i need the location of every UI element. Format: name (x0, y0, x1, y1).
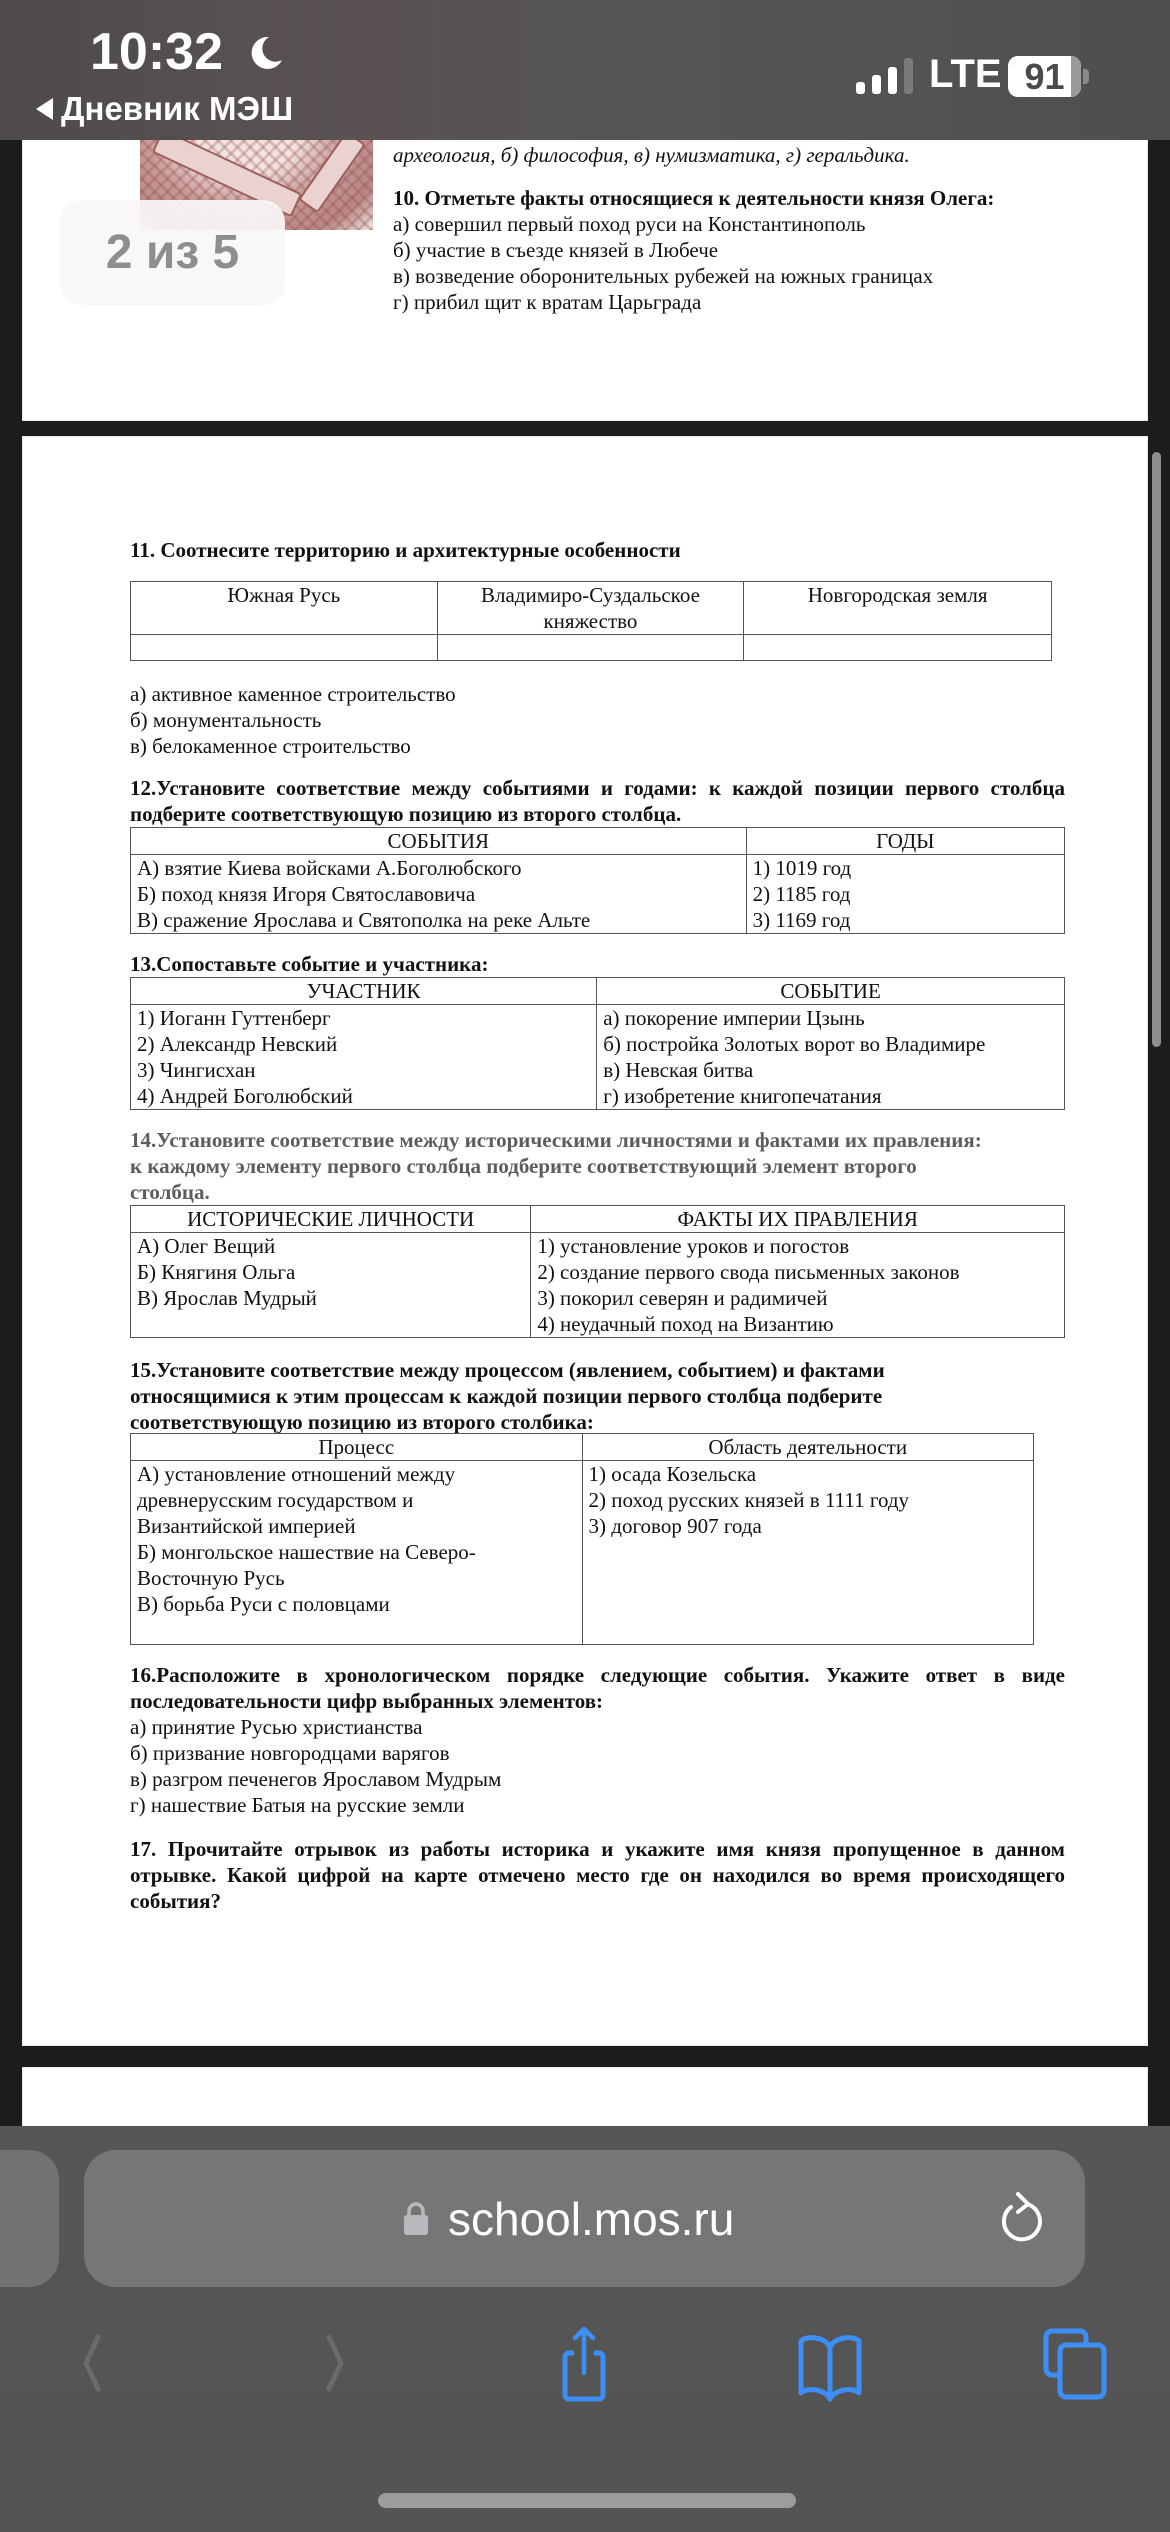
q14-header-persons: ИСТОРИЧЕСКИЕ ЛИЧНОСТИ (131, 1206, 531, 1233)
status-bar: 10:32 Дневник МЭШ LTE 91 (0, 0, 1170, 140)
q11-option: а) активное каменное строительство (130, 681, 456, 707)
back-to-app-link[interactable]: Дневник МЭШ (36, 90, 293, 128)
q11-answer-cell (437, 635, 744, 661)
battery-icon: 91 (1008, 56, 1081, 97)
q11-answer-cell (131, 635, 438, 661)
page-indicator-badge: 2 из 5 (60, 200, 285, 305)
q13-header-participant: УЧАСТНИК (131, 978, 597, 1005)
q15-title-line: 15.Установите соответствие между процесс… (130, 1357, 885, 1383)
q10-option: б) участие в съезде князей в Любече (393, 237, 718, 263)
q15-title-line: относящимися к этим процессам к каждой п… (130, 1383, 882, 1409)
q10-option: в) возведение оборонительных рубежей на … (393, 263, 933, 289)
home-indicator[interactable] (378, 2493, 796, 2508)
q12-header-events: СОБЫТИЯ (131, 828, 747, 855)
previous-tab-preview[interactable] (0, 2150, 59, 2287)
q15-table: Процесс Область деятельности А) установл… (130, 1433, 1034, 1645)
share-icon[interactable] (549, 2325, 619, 2405)
q13-table: УЧАСТНИК СОБЫТИЕ 1) Иоганн Гуттенберг2) … (130, 977, 1065, 1110)
moon-icon (247, 34, 285, 72)
network-type: LTE (929, 52, 1002, 97)
q16-title: 16.Расположите в хронологическом порядке… (130, 1662, 1065, 1714)
q15-header-process: Процесс (131, 1434, 583, 1461)
vertical-scrollbar[interactable] (1152, 452, 1161, 1047)
q14-table: ИСТОРИЧЕСКИЕ ЛИЧНОСТИ ФАКТЫ ИХ ПРАВЛЕНИЯ… (130, 1205, 1065, 1338)
q12-years-cell: 1) 1019 год2) 1185 год3) 1169 год (746, 855, 1064, 934)
q15-process-cell: А) установление отношений междудревнерус… (131, 1461, 583, 1645)
q13-events-cell: а) покорение империи Цзыньб) постройка З… (597, 1005, 1065, 1110)
q16-option: а) принятие Русью христианства (130, 1714, 422, 1740)
q14-header-facts: ФАКТЫ ИХ ПРАВЛЕНИЯ (531, 1206, 1065, 1233)
chevron-left-icon[interactable] (54, 2325, 124, 2405)
q14-facts-cell: 1) установление уроков и погостов2) созд… (531, 1233, 1065, 1338)
book-icon[interactable] (795, 2325, 865, 2405)
q12-table: СОБЫТИЯ ГОДЫ А) взятие Киева войсками А.… (130, 827, 1065, 934)
q14-title-line: столбца. (130, 1179, 210, 1205)
q9-options-fragment: археология, б) философия, в) нумизматика… (393, 142, 910, 168)
q11-title: 11. Соотнесите территорию и архитектурны… (130, 537, 681, 563)
q16-option: в) разгром печенегов Ярославом Мудрым (130, 1766, 501, 1792)
q11-header-cell: Южная Русь (131, 582, 438, 635)
q13-header-event: СОБЫТИЕ (597, 978, 1065, 1005)
tabs-icon[interactable] (1042, 2325, 1112, 2405)
q16-option: б) призвание новгородцами варягов (130, 1740, 450, 1766)
battery-tip (1083, 69, 1089, 84)
back-triangle-icon (36, 98, 53, 120)
q15-header-area: Область деятельности (582, 1434, 1033, 1461)
q10-option: г) прибил щит к вратам Царьграда (393, 289, 701, 315)
q14-title-line: к каждому элементу первого столбца подбе… (130, 1153, 917, 1179)
q11-option: в) белокаменное строительство (130, 733, 411, 759)
q13-participants-cell: 1) Иоганн Гуттенберг2) Александр Невский… (131, 1005, 597, 1110)
lock-icon (403, 2201, 429, 2235)
q11-header-cell: Владимиро-Суздальскоекняжество (437, 582, 744, 635)
q14-title-line: 14.Установите соответствие между историч… (130, 1127, 982, 1153)
chevron-right-icon[interactable] (303, 2325, 373, 2405)
q11-answer-cell (744, 635, 1052, 661)
q16-option: г) нашествие Батыя на русские земли (130, 1792, 465, 1818)
back-app-label: Дневник МЭШ (61, 90, 293, 128)
q12-title: 12.Установите соответствие между события… (130, 775, 1065, 827)
url-text[interactable]: school.mos.ru (448, 2192, 734, 2246)
cellular-signal-icon (856, 58, 914, 94)
q10-title: 10. Отметьте факты относящиеся к деятель… (393, 185, 994, 211)
q10-option: а) совершил первый поход руси на Констан… (393, 211, 865, 237)
q11-option: б) монументальность (130, 707, 321, 733)
q12-events-cell: А) взятие Киева войсками А.БоголюбскогоБ… (131, 855, 747, 934)
q11-table: Южная Русь Владимиро-Суздальскоекняжеств… (130, 581, 1052, 661)
q13-title: 13.Сопоставьте событие и участника: (130, 951, 488, 977)
reload-icon[interactable] (996, 2190, 1046, 2250)
q11-header-cell: Новгородская земля (744, 582, 1052, 635)
q12-header-years: ГОДЫ (746, 828, 1064, 855)
q15-area-cell: 1) осада Козельска2) поход русских князе… (582, 1461, 1033, 1645)
q14-persons-cell: А) Олег ВещийБ) Княгиня ОльгаВ) Ярослав … (131, 1233, 531, 1338)
battery-level: 91 (1024, 56, 1064, 97)
status-time: 10:32 (90, 22, 223, 82)
q15-title-line: соответствующую позицию из второго столб… (130, 1409, 594, 1435)
q17-title: 17. Прочитайте отрывок из работы историк… (130, 1836, 1065, 1914)
